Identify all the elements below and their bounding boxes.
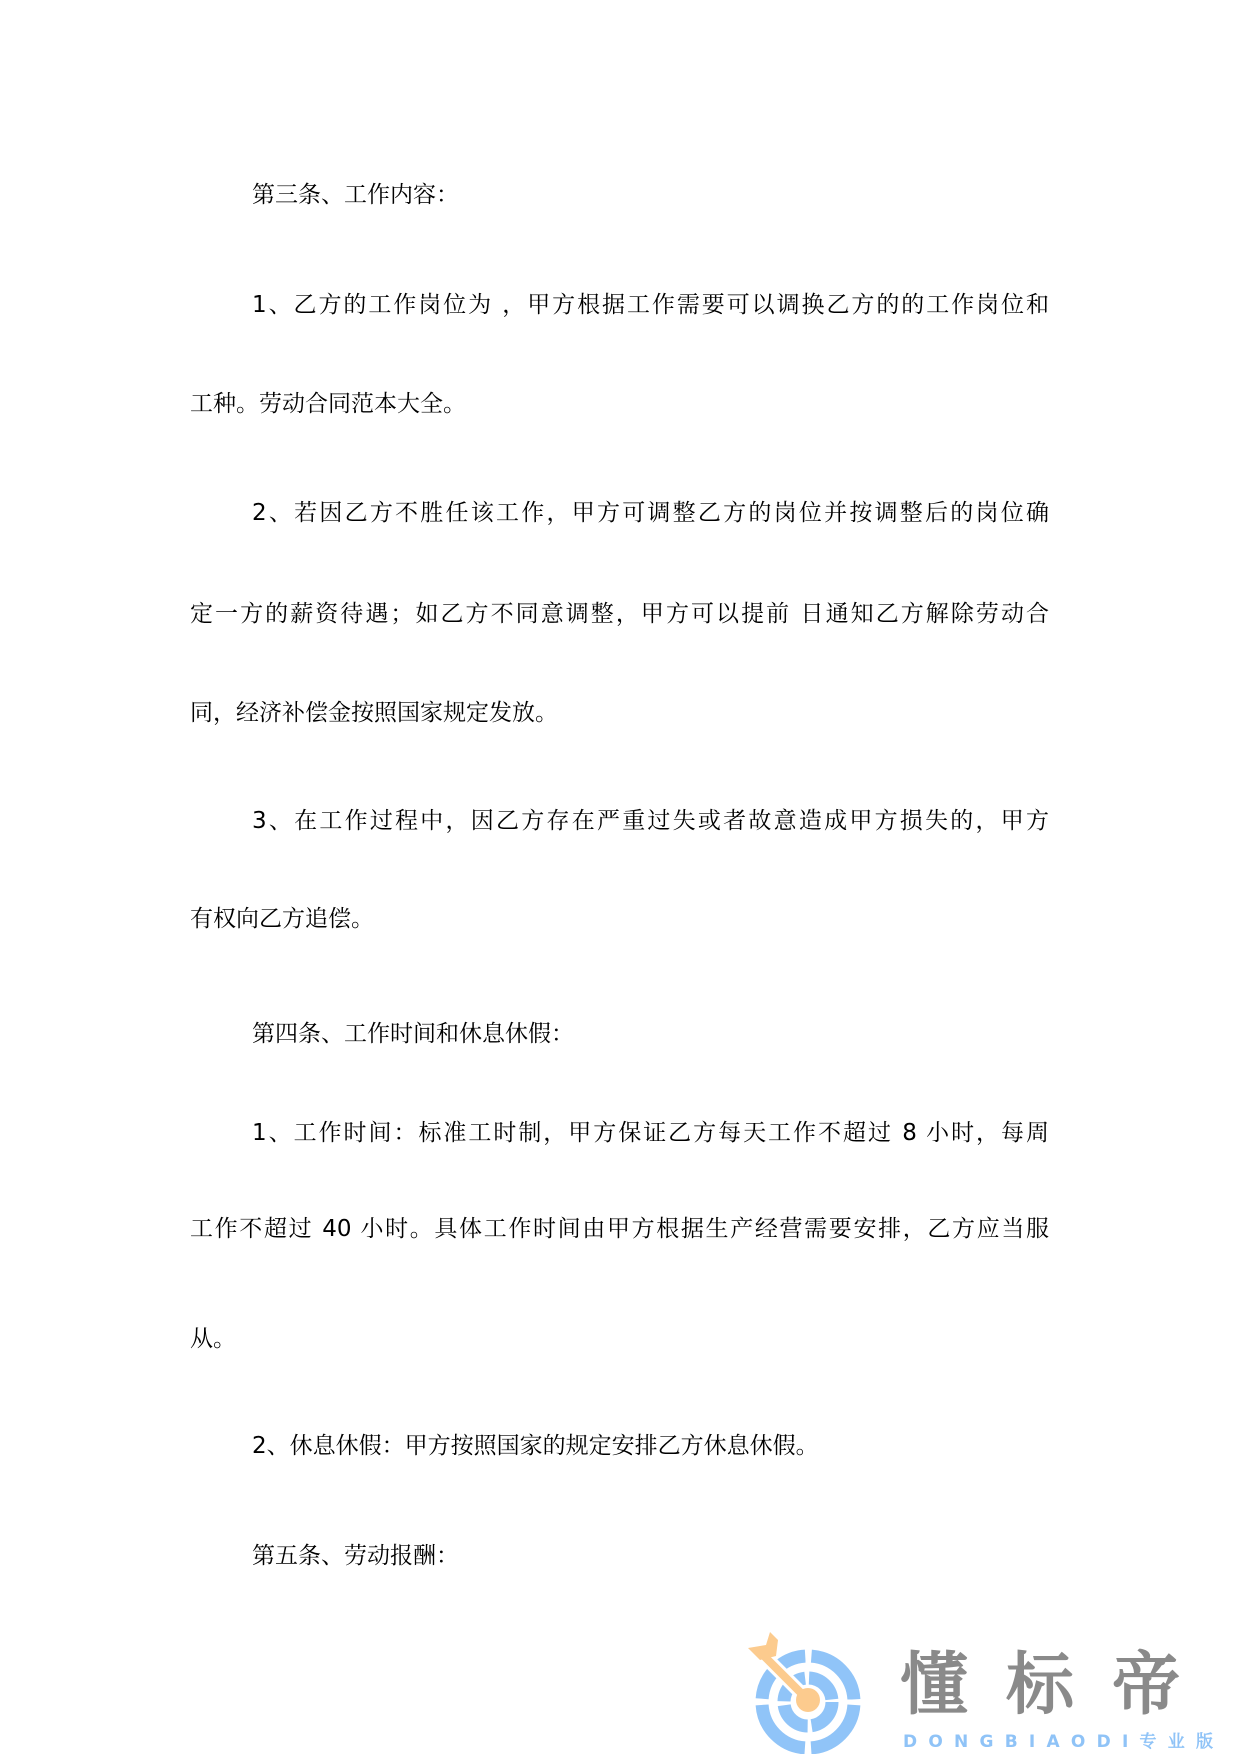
subtitle-letter: O [1071,1731,1085,1753]
subtitle-letter: I [1122,1731,1128,1753]
subtitle-letter: 业 [1168,1731,1185,1753]
subtitle-letter: A [1046,1731,1059,1753]
subtitle-letter: B [1005,1731,1018,1753]
subtitle-letter: G [980,1731,994,1753]
paragraph-line: 1、工作时间：标准工时制，甲方保证乙方每天工作不超过 8 小时，每周 [252,1118,1049,1148]
paragraph-line: 工种。劳动合同范本大全。 [190,389,466,419]
subtitle-letter: D [903,1731,917,1753]
subtitle-letter: I [1029,1731,1035,1753]
paragraph-line: 同，经济补偿金按照国家规定发放。 [190,698,558,728]
watermark-brand-name: 懂标帝 [900,1650,1210,1722]
article-4-heading: 第四条、工作时间和休息休假： [252,1019,574,1049]
paragraph-line: 定一方的薪资待遇；如乙方不同意调整，甲方可以提前 日通知乙方解除劳动合 [190,599,1049,629]
watermark: 懂标帝 D O N G B I A O D I 专 业 版 [740,1628,1241,1754]
article-5-heading: 第五条、劳动报酬： [252,1541,459,1571]
paragraph-line: 工作不超过 40 小时。具体工作时间由甲方根据生产经营需要安排，乙方应当服 [190,1214,1049,1244]
paragraph-line: 有权向乙方追偿。 [190,904,374,934]
paragraph-line: 3、在工作过程中，因乙方存在严重过失或者故意造成甲方损失的，甲方 [252,806,1049,836]
article-3-heading: 第三条、工作内容： [252,180,459,210]
target-arrow-icon [740,1628,880,1754]
paragraph-line: 1、乙方的工作岗位为 ，甲方根据工作需要可以调换乙方的的工作岗位和 [252,290,1049,320]
watermark-subtitle: D O N G B I A O D I 专 业 版 [903,1731,1213,1753]
paragraph-line: 2、若因乙方不胜任该工作，甲方可调整乙方的岗位并按调整后的岗位确 [252,498,1049,528]
subtitle-letter: N [954,1731,968,1753]
document-page: 第三条、工作内容： 1、乙方的工作岗位为 ，甲方根据工作需要可以调换乙方的的工作… [0,0,1241,1754]
paragraph-line: 2、休息休假：甲方按照国家的规定安排乙方休息休假。 [252,1431,819,1461]
subtitle-letter: 版 [1196,1731,1213,1753]
subtitle-letter: D [1097,1731,1111,1753]
subtitle-letter: 专 [1140,1731,1157,1753]
paragraph-line: 从。 [190,1324,236,1354]
subtitle-letter: O [928,1731,942,1753]
